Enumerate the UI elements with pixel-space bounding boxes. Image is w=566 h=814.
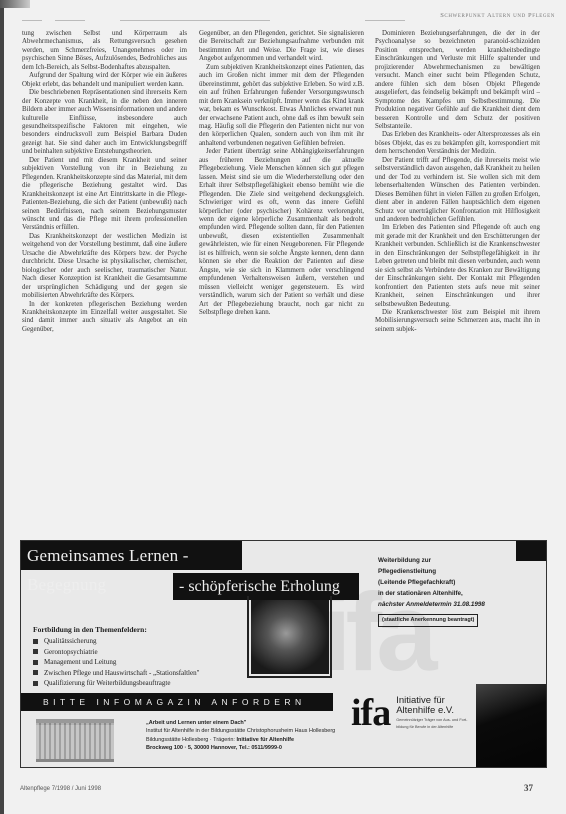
square-bullet-icon bbox=[33, 670, 38, 675]
header-rule bbox=[22, 20, 42, 21]
paragraph: Jeder Patient überträgt seine Abhängigke… bbox=[199, 148, 364, 317]
list-item: Gerontopsychiatrie bbox=[33, 647, 199, 658]
header-rule bbox=[120, 20, 270, 21]
paragraph: Im Erleben des Patienten sind Pflegende … bbox=[375, 224, 540, 309]
building-illustration bbox=[36, 723, 114, 762]
list-item: Zwischen Pflege und Hauswirtschaft - „St… bbox=[33, 668, 199, 679]
journal-footer: Altenpflege 7/1998 / Juni 1998 bbox=[20, 786, 101, 792]
topics-list: Qualitätssicherung Gerontopsychiatrie Ma… bbox=[33, 636, 199, 689]
order-banner: BITTE INFOMAGAZIN ANFORDERN bbox=[21, 693, 333, 711]
square-bullet-icon bbox=[33, 649, 38, 654]
list-item: Qualifizierung für Weiterbildungsbeauftr… bbox=[33, 678, 199, 689]
text-column-3: Dominieren Beziehungserfahrungen, die de… bbox=[375, 30, 540, 500]
topics-heading: Fortbildung in den Themenfeldern: bbox=[33, 625, 147, 634]
header-rule bbox=[55, 20, 85, 21]
paragraph: Das Erleben des Krankheits- oder Altersp… bbox=[375, 131, 540, 156]
square-bullet-icon bbox=[33, 660, 38, 665]
text-column-1: tung zwischen Selbst und Körperraum als … bbox=[22, 30, 187, 510]
paragraph: Die beschriebenen Repräsentationen sind … bbox=[22, 89, 187, 157]
page-binding-edge bbox=[0, 0, 4, 814]
hands-photo bbox=[251, 600, 329, 674]
ad-headline-1: Gemeinsames Lernen - Begegnung bbox=[21, 541, 242, 570]
page-corner-shadow bbox=[0, 0, 30, 8]
paragraph: Dominieren Beziehungserfahrungen, die de… bbox=[375, 30, 540, 131]
accreditation-note: (staatliche Anerkennung beantragt) bbox=[378, 614, 478, 627]
paragraph: Zum subjektiven Krankheitskonzept eines … bbox=[199, 64, 364, 149]
paragraph: Der Patient und mit diesem Krankheit und… bbox=[22, 157, 187, 233]
logo-mark: ifa bbox=[351, 696, 390, 730]
list-item: Management und Leitung bbox=[33, 657, 199, 668]
page-number: 37 bbox=[524, 783, 533, 793]
logo-text: Initiative für Altenhilfe e.V. Gemeinnüt… bbox=[396, 696, 467, 730]
paragraph: In der konkreten pflegerischen Beziehung… bbox=[22, 301, 187, 335]
ifa-logo: ifa Initiative für Altenhilfe e.V. Gemei… bbox=[351, 696, 467, 730]
list-item: Qualitätssicherung bbox=[33, 636, 199, 647]
header-rule bbox=[365, 20, 405, 21]
paragraph: Aufgrund der Spaltung wird der Körper wi… bbox=[22, 72, 187, 89]
dark-photo bbox=[476, 684, 546, 767]
advertisement: ifa Gemeinsames Lernen - Begegnung - sch… bbox=[20, 540, 547, 768]
square-bullet-icon bbox=[33, 639, 38, 644]
paragraph: Gegenüber, an den Pflegenden, gerichtet.… bbox=[199, 30, 364, 64]
info-box: Weiterbildung zur Pflegedienstleitung (L… bbox=[378, 555, 518, 627]
paragraph: Der Patient trifft auf Pflegende, die ih… bbox=[375, 157, 540, 225]
contact-line: Bildungsstätte Hollesberg · Trägerin: In… bbox=[146, 736, 486, 744]
address-line: Brockweg 100 · 5, 30000 Hannover, Tel.: … bbox=[146, 744, 486, 752]
square-bullet-icon bbox=[33, 681, 38, 686]
text-column-2: Gegenüber, an den Pflegenden, gerichtet.… bbox=[199, 30, 364, 510]
running-head: Schwerpunkt Altern und Pflegen bbox=[410, 12, 555, 19]
corner-block bbox=[516, 541, 546, 561]
paragraph: Das Krankheitskonzept der westlichen Med… bbox=[22, 233, 187, 301]
paragraph: Die Krankenschwester löst zum Beispiel m… bbox=[375, 309, 540, 334]
paragraph: tung zwischen Selbst und Körperraum als … bbox=[22, 30, 187, 72]
